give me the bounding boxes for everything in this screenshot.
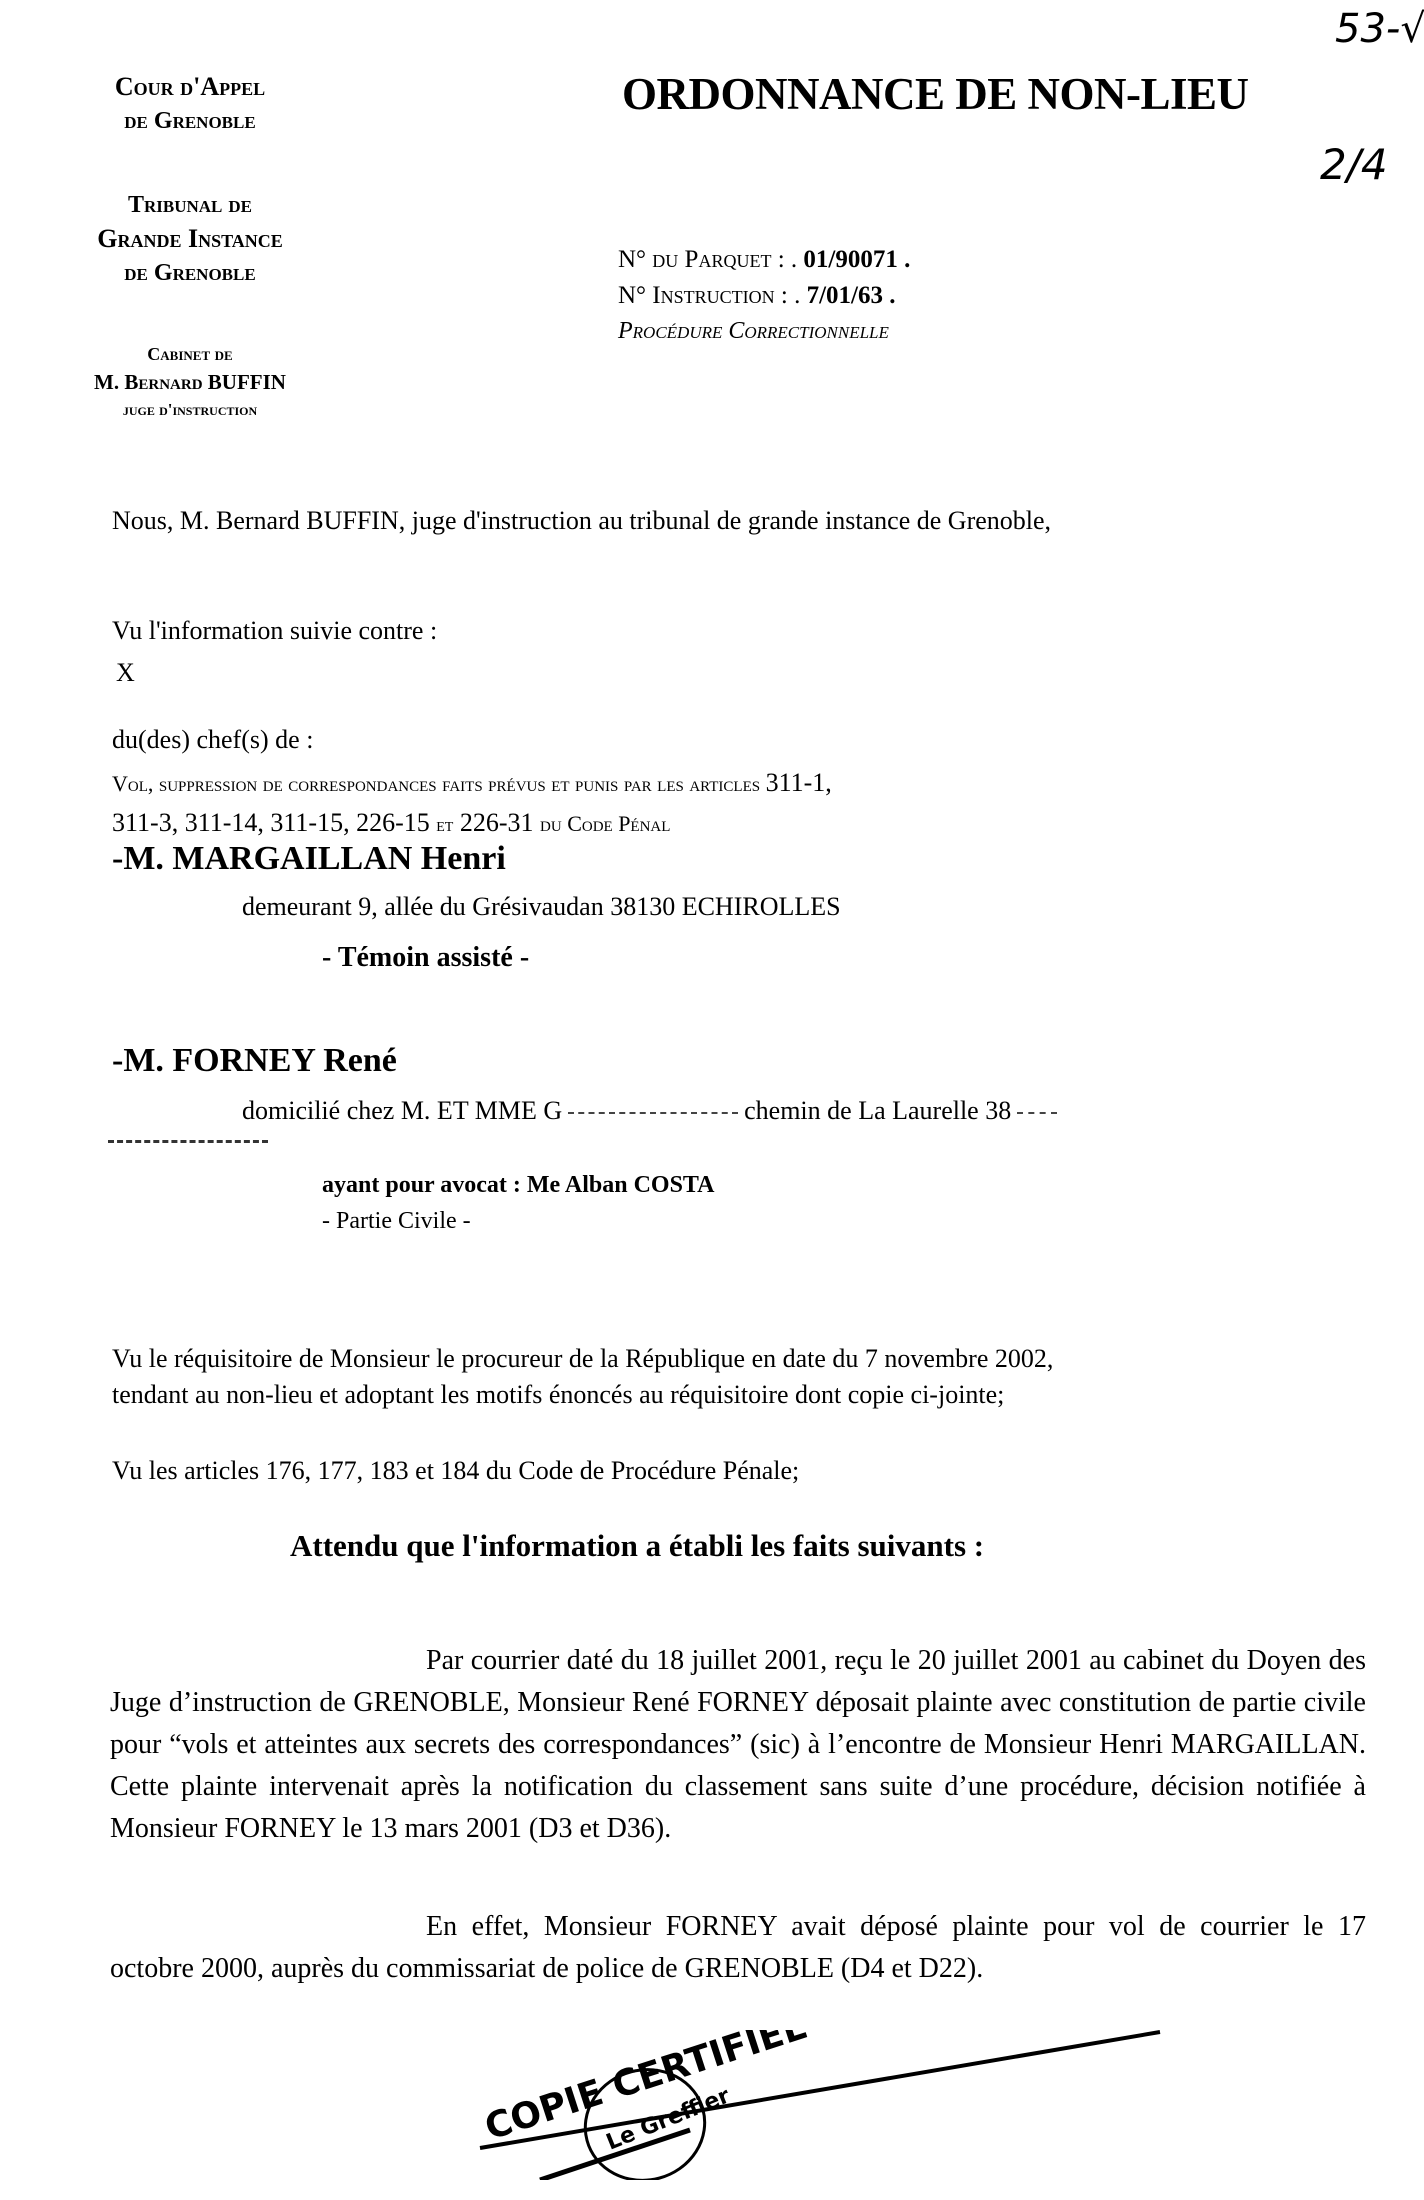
- party-1-role: - Témoin assisté -: [322, 942, 529, 974]
- redacted-postcode: [1017, 1112, 1057, 1114]
- requisitoire-line-1: Vu le réquisitoire de Monsieur le procur…: [112, 1344, 1053, 1374]
- party-2-address: domicilié chez M. ET MME Gchemin de La L…: [242, 1096, 1063, 1126]
- tribunal-line-1: Tribunal de: [40, 188, 340, 222]
- cabinet: Cabinet de M. Bernard BUFFIN juge d'inst…: [40, 340, 340, 424]
- instruction-value: 7/01/63 .: [807, 282, 896, 309]
- party-1-name: -M. MARGAILLAN Henri: [112, 840, 506, 878]
- stamp-graphic: COPIE CERTIFIÉE CONFORME Le Greffier: [460, 2030, 1220, 2180]
- party-2-lawyer: ayant pour avocat : Me Alban COSTA: [322, 1172, 714, 1199]
- cabinet-line-3: juge d'instruction: [40, 396, 340, 424]
- information-label: Vu l'information suivie contre :: [112, 616, 437, 646]
- charges-line-1: Vol, suppression de correspondances fait…: [112, 768, 832, 798]
- party-2-address-start: domicilié chez M. ET MME G: [242, 1096, 562, 1125]
- party-2-name: -M. FORNEY René: [112, 1042, 397, 1080]
- facts-paragraph-2: En effet, Monsieur FORNEY avait déposé p…: [110, 1906, 1366, 1990]
- court-line-1: Cour d'Appel: [40, 70, 340, 104]
- charges-text: Vol, suppression de correspondances fait…: [112, 771, 760, 796]
- handwritten-page: 2/4: [1320, 140, 1388, 189]
- handwritten-folio: 53-√: [1335, 6, 1424, 52]
- charges-article-1: 311-1,: [766, 768, 832, 797]
- information-against: X: [116, 658, 135, 688]
- redacted-city: [108, 1140, 268, 1143]
- requisitoire-line-2: tendant au non-lieu et adoptant les moti…: [112, 1380, 1004, 1410]
- procedure-type: Procédure Correctionnelle: [618, 318, 889, 345]
- cabinet-line-2: M. Bernard BUFFIN: [40, 368, 340, 396]
- party-2-address-end: chemin de La Laurelle 38: [744, 1096, 1011, 1125]
- stamp-text: COPIE CERTIFIÉE CONFORME: [480, 2030, 1044, 2149]
- court-line-2: de Grenoble: [40, 104, 340, 138]
- charges-code: du Code Pénal: [540, 811, 670, 836]
- articles-line: Vu les articles 176, 177, 183 et 184 du …: [112, 1456, 799, 1486]
- instruction-number: N° Instruction : . 7/01/63 .: [618, 282, 895, 310]
- charges-et: et: [436, 814, 453, 836]
- redacted-text: [568, 1112, 738, 1114]
- tribunal-line-3: de Grenoble: [40, 256, 340, 290]
- instruction-label: N° Instruction : .: [618, 282, 800, 309]
- cabinet-line-1: Cabinet de: [40, 340, 340, 368]
- certified-copy-stamp: COPIE CERTIFIÉE CONFORME Le Greffier: [460, 2030, 1220, 2180]
- court-of-appeal: Cour d'Appel de Grenoble: [40, 70, 340, 138]
- tribunal: Tribunal de Grande Instance de Grenoble: [40, 188, 340, 290]
- parquet-label: N° du Parquet : .: [618, 246, 797, 273]
- facts-paragraph-1: Par courrier daté du 18 juillet 2001, re…: [110, 1640, 1366, 1850]
- intro-line: Nous, M. Bernard BUFFIN, juge d'instruct…: [112, 506, 1051, 536]
- charges-label: du(des) chef(s) de :: [112, 725, 313, 755]
- charges-line-2: 311-3, 311-14, 311-15, 226-15 et 226-31 …: [112, 808, 670, 838]
- charges-articles: 311-3, 311-14, 311-15, 226-15: [112, 808, 430, 837]
- parquet-value: 01/90071 .: [803, 246, 910, 273]
- parquet-number: N° du Parquet : . 01/90071 .: [618, 246, 910, 274]
- tribunal-line-2: Grande Instance: [40, 222, 340, 256]
- party-2-role: - Partie Civile -: [322, 1208, 471, 1235]
- party-1-address: demeurant 9, allée du Grésivaudan 38130 …: [242, 892, 841, 922]
- document-title: ORDONNANCE DE NON-LIEU: [622, 68, 1249, 120]
- facts-heading: Attendu que l'information a établi les f…: [290, 1528, 984, 1564]
- charges-article-last: 226-31: [460, 808, 534, 837]
